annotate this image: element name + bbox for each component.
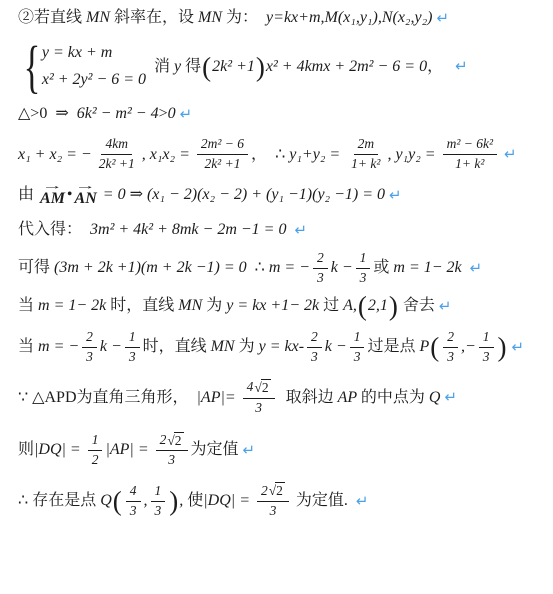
- numerator: 2: [82, 329, 97, 348]
- document-body: ②若直线 MN 斜率在，设 MN 为： y=kx+m,M(x₁,y₁),N(x₂…: [0, 0, 553, 520]
- equation-system: {y = kx + mx² + 2y² − 6 = 0: [18, 42, 146, 91]
- math-run: ,−: [461, 337, 476, 357]
- math-run: y: [174, 57, 181, 77]
- denominator: 1+ k²: [347, 155, 384, 173]
- denominator: 2: [88, 451, 103, 469]
- math-run: y=kx+m,M(x₁,y₁),N(x₂,y₂): [266, 8, 432, 28]
- formula-line-5: 由 →AM•→AN = 0 ⇒ (x₁ − 2)(x₂ − 2) + (y₁ −…: [18, 183, 547, 207]
- denominator: 3: [443, 348, 458, 366]
- paragraph-mark-icon: ↵: [180, 105, 193, 124]
- vector-arrow-icon: →: [75, 183, 96, 191]
- math-run: m² − 6k²: [447, 136, 493, 153]
- math-run: 4: [247, 379, 254, 396]
- math-run: y = kx + m: [42, 44, 112, 61]
- math-run: MN: [198, 8, 226, 28]
- text-run: 当: [18, 296, 38, 316]
- text-run: 舍去: [399, 296, 435, 316]
- math-run: MN: [178, 296, 206, 316]
- system-brace-icon: {: [24, 42, 41, 91]
- text-run: 则: [18, 440, 34, 460]
- math-run: 2: [317, 250, 324, 267]
- radicand: 2: [174, 432, 184, 450]
- denominator: 3: [313, 269, 328, 287]
- math-roman-run: ∴: [18, 491, 32, 511]
- math-run: 4km: [105, 136, 128, 153]
- math-run: x² + 4kmx + 2m² − 6 = 0: [266, 57, 427, 77]
- math-run: MN: [86, 8, 114, 28]
- numerator: 2m² − 6: [197, 136, 248, 155]
- text-run: 为: [239, 337, 259, 357]
- math-run: 1: [360, 250, 367, 267]
- system-row: y = kx + m: [42, 43, 146, 63]
- math-run: m = 1− 2k: [38, 296, 110, 316]
- math-run: 3: [130, 503, 137, 520]
- paragraph-mark-icon: ↵: [512, 338, 525, 357]
- text-run: 时，直线: [143, 337, 211, 357]
- text-run: 为直角三角形，: [77, 388, 197, 408]
- formula-line-2: {y = kx + mx² + 2y² − 6 = 0消 y 得(2k² +1)…: [18, 42, 547, 91]
- math-run: , x₁x₂ =: [142, 145, 194, 165]
- numerator: 2: [307, 329, 322, 348]
- math-run: ,: [179, 491, 187, 511]
- paragraph-mark-icon: ↵: [356, 492, 369, 511]
- math-run: 2: [160, 432, 167, 449]
- math-run: 1: [483, 329, 490, 346]
- text-run: 过: [323, 296, 343, 316]
- formula-line-3: △>0 ⇒ 6k² − m² − 4>0↵: [18, 104, 547, 124]
- math-run: x² + 2y² − 6 = 0: [42, 71, 146, 88]
- open-paren: (: [430, 335, 439, 360]
- math-run: 2k² +1: [99, 156, 135, 173]
- math-run: k −: [325, 337, 347, 357]
- math-run: |AP|=: [197, 388, 240, 408]
- denominator: 3: [479, 348, 494, 366]
- text-run: 取斜边: [278, 388, 338, 408]
- formula-line-4: x₁ + x₂ = −4km2k² +1, x₁x₂ = 2m² − 62k² …: [18, 136, 547, 173]
- math-run: m = −: [269, 258, 310, 278]
- text-run: 的中点为: [361, 388, 429, 408]
- square-root: √2: [269, 482, 285, 500]
- text-run: 为定值: [191, 440, 239, 460]
- math-run: MN: [211, 337, 239, 357]
- math-run: k −: [331, 258, 353, 278]
- denominator: 3: [126, 502, 141, 520]
- math-run: (3m + 2k +1)(m + 2k −1) = 0: [54, 258, 255, 278]
- formula-line-1: ②若直线 MN 斜率在，设 MN 为： y=kx+m,M(x₁,y₁),N(x₂…: [18, 8, 547, 28]
- math-run: 3: [168, 452, 175, 469]
- numerator: 2: [443, 329, 458, 348]
- text-run: 当: [18, 337, 38, 357]
- denominator: 2k² +1: [200, 155, 244, 173]
- text-run: 过是点: [367, 337, 419, 357]
- math-run: AP: [338, 388, 361, 408]
- denominator: 3: [125, 348, 140, 366]
- formula-line-6: 代入得： 3m² + 4k² + 8mk − 2m −1 = 0 ↵: [18, 220, 547, 240]
- math-run: 2: [261, 483, 268, 500]
- math-roman-run: •: [67, 185, 73, 205]
- fraction: 23: [313, 250, 328, 287]
- paragraph-mark-icon: ↵: [436, 9, 449, 28]
- math-run: 6k² − m² − 4: [77, 104, 159, 124]
- math-run: 1+ k²: [455, 156, 484, 173]
- math-run: 2,1: [368, 296, 388, 316]
- numerator: 2√2: [156, 432, 188, 452]
- paragraph-mark-icon: ↵: [504, 145, 517, 164]
- fraction: 4√23: [243, 379, 275, 417]
- math-run: m = −: [38, 337, 79, 357]
- vector: →AM: [40, 183, 65, 207]
- math-run: 3: [483, 349, 490, 366]
- math-run: 1: [155, 483, 162, 500]
- square-root: √2: [167, 432, 183, 450]
- math-roman-run: ∴: [255, 258, 269, 278]
- numerator: m² − 6k²: [443, 136, 497, 155]
- numerator: 1: [479, 329, 494, 348]
- text-run: 为: [206, 296, 226, 316]
- numerator: 1: [350, 329, 365, 348]
- math-run: 2: [311, 329, 318, 346]
- math-run: 2: [86, 329, 93, 346]
- text-run: 时，直线: [110, 296, 178, 316]
- text-run: 可得: [18, 258, 54, 278]
- math-run: 2: [92, 452, 99, 469]
- text-run: 为定值.: [292, 491, 352, 511]
- numerator: 4km: [101, 136, 132, 155]
- text-run: 代入得：: [18, 220, 90, 240]
- math-run: 2m: [358, 136, 375, 153]
- math-run: m = 1− 2k: [393, 258, 465, 278]
- vector-name: AM: [40, 191, 65, 207]
- fraction: 12: [88, 432, 103, 469]
- paragraph-mark-icon: ↵: [389, 186, 402, 205]
- text-run: ②若直线: [18, 8, 86, 28]
- formula-line-9: 当 m = −23k −13时，直线 MN 为 y = kx-23k −13过是…: [18, 329, 547, 366]
- close-paren: ): [256, 54, 265, 79]
- paragraph-mark-icon: ↵: [243, 441, 256, 460]
- text-run: 使: [187, 491, 203, 511]
- denominator: 3: [82, 348, 97, 366]
- paragraph-mark-icon: ↵: [294, 221, 307, 240]
- denominator: 3: [151, 502, 166, 520]
- math-run: x₁ + x₂ = −: [18, 145, 92, 165]
- math-run: 3: [86, 349, 93, 366]
- math-run: 1+ k²: [351, 156, 380, 173]
- text-run: 存在是点: [32, 491, 100, 511]
- fraction: 43: [126, 483, 141, 520]
- math-run: Q: [429, 388, 441, 408]
- text-run: 消: [154, 57, 174, 77]
- fraction: 13: [125, 329, 140, 366]
- math-run: = 0: [99, 185, 126, 205]
- fraction: 13: [350, 329, 365, 366]
- math-roman-run: ⇒: [126, 185, 147, 205]
- math-run: y = kx +1− 2k: [226, 296, 323, 316]
- formula-line-7: 可得 (3m + 2k +1)(m + 2k −1) = 0 ∴ m = −23…: [18, 250, 547, 287]
- math-run: A,: [343, 296, 357, 316]
- close-paren: ): [169, 489, 178, 514]
- math-run: 3: [447, 349, 454, 366]
- math-roman-run: △>0 ⇒: [18, 104, 77, 124]
- text-run: 或: [373, 258, 393, 278]
- open-paren: (: [202, 54, 211, 79]
- formula-line-11: 则|DQ| = 12|AP| = 2√23为定值↵: [18, 432, 547, 470]
- math-run: 3: [311, 349, 318, 366]
- open-paren: (: [358, 294, 367, 319]
- text-run: 斜率在，设: [114, 8, 198, 28]
- formula-line-10: ∵ △APD为直角三角形， |AP|= 4√23 取斜边 AP 的中点为 Q↵: [18, 379, 547, 417]
- fraction: 13: [479, 329, 494, 366]
- fraction: 2m² − 62k² +1: [197, 136, 248, 173]
- math-run: 3: [129, 349, 136, 366]
- paragraph-mark-icon: ↵: [455, 57, 468, 76]
- math-run: 0: [168, 104, 176, 124]
- denominator: 3: [307, 348, 322, 366]
- math-run: k −: [100, 337, 122, 357]
- denominator: 3: [356, 269, 371, 287]
- formula-line-12: ∴ 存在是点 Q(43,13), 使|DQ| = 2√23 为定值. ↵: [18, 482, 547, 520]
- paragraph-mark-icon: ↵: [470, 259, 483, 278]
- math-roman-run: ∵ △APD: [18, 388, 77, 408]
- numerator: 2√2: [257, 482, 289, 502]
- math-run: 3: [155, 503, 162, 520]
- paragraph-mark-icon: ↵: [439, 297, 452, 316]
- math-run: ,: [144, 491, 148, 511]
- math-run: 3: [270, 503, 277, 520]
- math-run: |DQ| =: [203, 491, 254, 511]
- fraction: 2√23: [156, 432, 188, 470]
- fraction: 23: [307, 329, 322, 366]
- radicand: 2: [261, 379, 271, 397]
- fraction: 2m1+ k²: [347, 136, 384, 173]
- numerator: 2m: [354, 136, 379, 155]
- math-run: (x₁ − 2)(x₂ − 2) + (y₁ −1)(y₂ −1) = 0: [147, 185, 385, 205]
- denominator: 3: [164, 451, 179, 469]
- numerator: 2: [313, 250, 328, 269]
- numerator: 1: [356, 250, 371, 269]
- math-run: 3: [360, 270, 367, 287]
- math-run: 2k² +1: [204, 156, 240, 173]
- text-run: ，: [427, 57, 451, 77]
- fraction: 13: [356, 250, 371, 287]
- denominator: 3: [350, 348, 365, 366]
- square-root: √2: [254, 379, 270, 397]
- math-run: , y₁y₂ =: [387, 145, 439, 165]
- text-run: 由: [18, 185, 38, 205]
- fraction: 4km2k² +1: [95, 136, 139, 173]
- math-run: 3: [354, 349, 361, 366]
- denominator: 1+ k²: [451, 155, 488, 173]
- numerator: 1: [88, 432, 103, 451]
- denominator: 2k² +1: [95, 155, 139, 173]
- math-run: |DQ| =: [34, 440, 85, 460]
- math-run: 3: [317, 270, 324, 287]
- math-run: 3m² + 4k² + 8mk − 2m −1 = 0: [90, 220, 290, 240]
- text-run: 得: [181, 57, 201, 77]
- math-run: 4: [130, 483, 137, 500]
- numerator: 4√2: [243, 379, 275, 399]
- denominator: 3: [251, 399, 266, 417]
- radicand: 2: [275, 482, 285, 500]
- math-roman-run: >: [159, 104, 168, 124]
- math-run: 3: [255, 400, 262, 417]
- fraction: 13: [151, 483, 166, 520]
- fraction: 23: [443, 329, 458, 366]
- math-run: P: [419, 337, 429, 357]
- text-run: ，: [251, 145, 275, 165]
- paragraph-mark-icon: ↵: [444, 388, 457, 407]
- math-run: 1: [92, 432, 99, 449]
- math-run: 1: [129, 329, 136, 346]
- math-run: y₁+y₂ =: [289, 145, 344, 165]
- numerator: 1: [125, 329, 140, 348]
- vector-name: AN: [75, 191, 97, 207]
- fraction: 23: [82, 329, 97, 366]
- math-run: 2m² − 6: [201, 136, 244, 153]
- vector-arrow-icon: →: [42, 183, 63, 191]
- formula-line-8: 当 m = 1− 2k 时，直线 MN 为 y = kx +1− 2k 过 A,…: [18, 294, 547, 318]
- math-run: |AP| =: [105, 440, 152, 460]
- math-run: y = kx-: [259, 337, 304, 357]
- close-paren: ): [498, 335, 507, 360]
- system-row: x² + 2y² − 6 = 0: [42, 70, 146, 90]
- denominator: 3: [266, 502, 281, 520]
- math-run: Q: [100, 491, 112, 511]
- math-run: 2k² +1: [212, 57, 255, 77]
- numerator: 1: [151, 483, 166, 502]
- close-paren: ): [389, 294, 398, 319]
- text-run: 为：: [226, 8, 266, 28]
- math-document-page: ②若直线 MN 斜率在，设 MN 为： y=kx+m,M(x₁,y₁),N(x₂…: [0, 0, 553, 520]
- fraction: 2√23: [257, 482, 289, 520]
- open-paren: (: [113, 489, 122, 514]
- vector: →AN: [75, 183, 97, 207]
- math-run: 1: [354, 329, 361, 346]
- numerator: 4: [126, 483, 141, 502]
- fraction: m² − 6k²1+ k²: [443, 136, 497, 173]
- math-run: 2: [447, 329, 454, 346]
- system-rows: y = kx + mx² + 2y² − 6 = 0: [42, 43, 146, 90]
- math-roman-run: ∴: [275, 145, 289, 165]
